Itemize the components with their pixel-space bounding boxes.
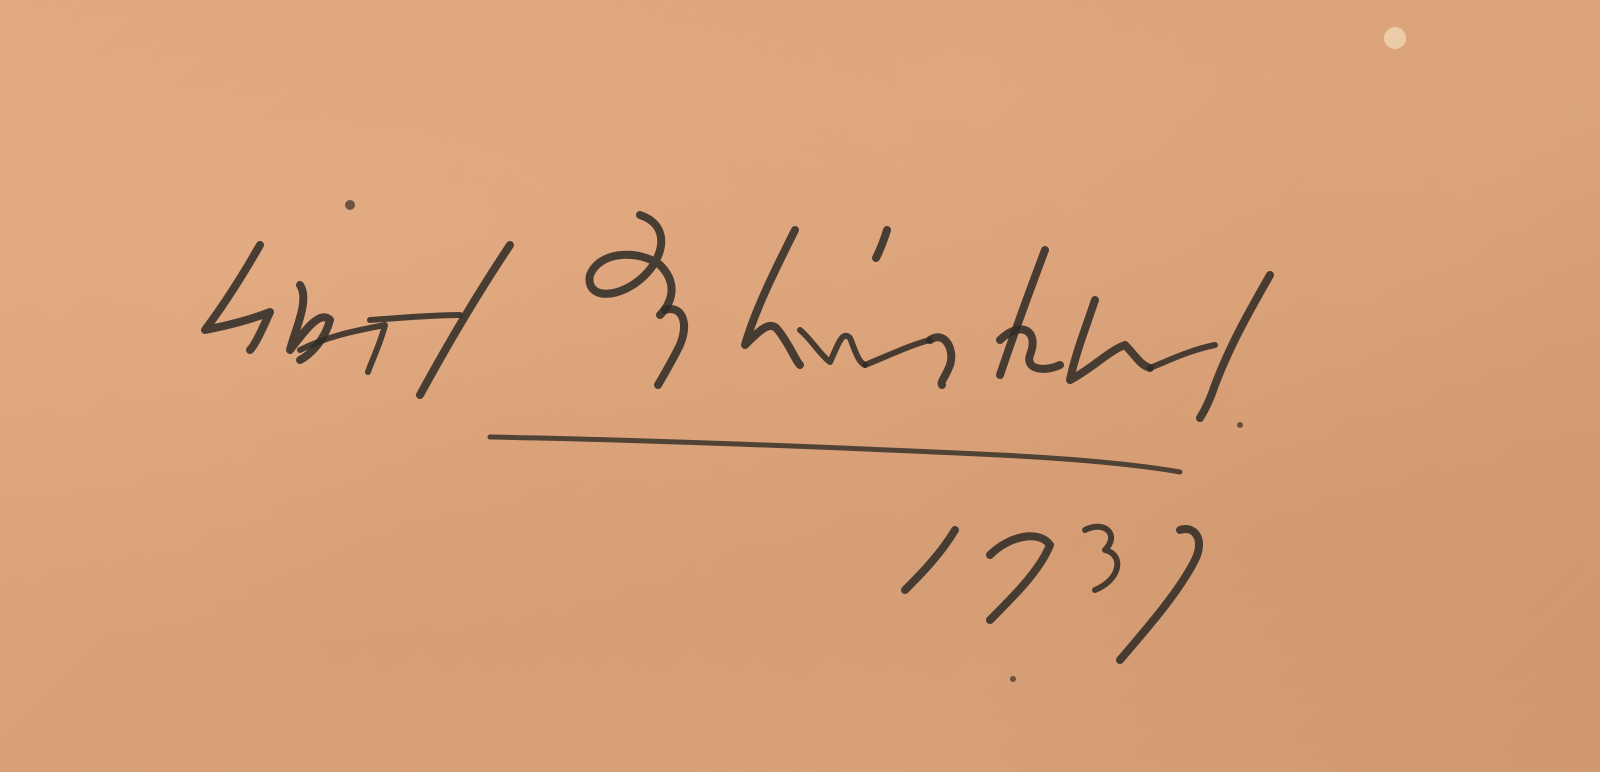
signature-word-prof: [205, 245, 510, 395]
handwriting-svg: [0, 0, 1600, 772]
signature-underline: [490, 437, 1180, 472]
paper-fleck: [1010, 676, 1016, 682]
paper-fleck: [345, 200, 355, 210]
paper-fleck: [1237, 422, 1243, 428]
paper-background: Prof. Schinkel 1937: [0, 0, 1600, 772]
paper-spot: [1384, 27, 1406, 49]
signature-word-name: [590, 215, 1270, 418]
signature-year: [905, 527, 1199, 660]
